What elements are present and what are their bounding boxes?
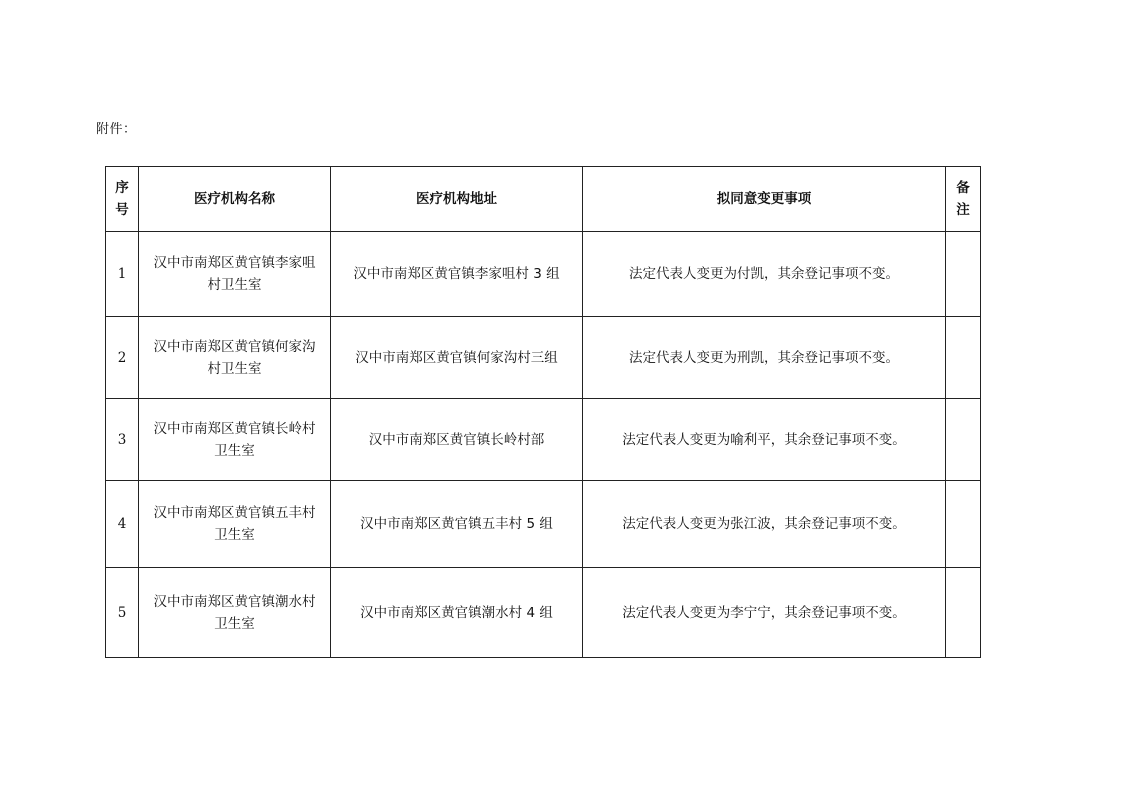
cell-proposed-change: 法定代表人变更为张江波，其余登记事项不变。 xyxy=(583,481,946,568)
change-items-table: 序 号 医疗机构名称 医疗机构地址 拟同意变更事项 备 注 1 汉中市南郑区黄官… xyxy=(105,166,981,658)
table-row: 4 汉中市南郑区黄官镇五丰村 卫生室 汉中市南郑区黄官镇五丰村 5 组 法定代表… xyxy=(106,481,981,568)
header-institution-address: 医疗机构地址 xyxy=(331,167,583,232)
cell-institution-address: 汉中市南郑区黄官镇潮水村 4 组 xyxy=(331,568,583,658)
cell-institution-name: 汉中市南郑区黄官镇五丰村 卫生室 xyxy=(139,481,331,568)
cell-institution-name: 汉中市南郑区黄官镇李家咀 村卫生室 xyxy=(139,232,331,317)
cell-institution-address: 汉中市南郑区黄官镇李家咀村 3 组 xyxy=(331,232,583,317)
cell-institution-name: 汉中市南郑区黄官镇潮水村 卫生室 xyxy=(139,568,331,658)
header-remark: 备 注 xyxy=(946,167,981,232)
cell-institution-name: 汉中市南郑区黄官镇长岭村 卫生室 xyxy=(139,399,331,481)
cell-proposed-change: 法定代表人变更为刑凯，其余登记事项不变。 xyxy=(583,317,946,399)
cell-seq: 4 xyxy=(106,481,139,568)
header-proposed-change: 拟同意变更事项 xyxy=(583,167,946,232)
cell-institution-name: 汉中市南郑区黄官镇何家沟 村卫生室 xyxy=(139,317,331,399)
header-institution-name: 医疗机构名称 xyxy=(139,167,331,232)
table-row: 1 汉中市南郑区黄官镇李家咀 村卫生室 汉中市南郑区黄官镇李家咀村 3 组 法定… xyxy=(106,232,981,317)
cell-seq: 2 xyxy=(106,317,139,399)
cell-remark xyxy=(946,317,981,399)
cell-proposed-change: 法定代表人变更为李宁宁，其余登记事项不变。 xyxy=(583,568,946,658)
cell-remark xyxy=(946,232,981,317)
header-seq: 序 号 xyxy=(106,167,139,232)
cell-proposed-change: 法定代表人变更为喻利平，其余登记事项不变。 xyxy=(583,399,946,481)
cell-seq: 5 xyxy=(106,568,139,658)
table-header-row: 序 号 医疗机构名称 医疗机构地址 拟同意变更事项 备 注 xyxy=(106,167,981,232)
cell-institution-address: 汉中市南郑区黄官镇五丰村 5 组 xyxy=(331,481,583,568)
cell-institution-address: 汉中市南郑区黄官镇长岭村部 xyxy=(331,399,583,481)
cell-remark xyxy=(946,481,981,568)
cell-proposed-change: 法定代表人变更为付凯，其余登记事项不变。 xyxy=(583,232,946,317)
table-row: 5 汉中市南郑区黄官镇潮水村 卫生室 汉中市南郑区黄官镇潮水村 4 组 法定代表… xyxy=(106,568,981,658)
cell-remark xyxy=(946,399,981,481)
attachment-label: 附件： xyxy=(96,121,137,139)
table-row: 3 汉中市南郑区黄官镇长岭村 卫生室 汉中市南郑区黄官镇长岭村部 法定代表人变更… xyxy=(106,399,981,481)
cell-institution-address: 汉中市南郑区黄官镇何家沟村三组 xyxy=(331,317,583,399)
cell-remark xyxy=(946,568,981,658)
table-row: 2 汉中市南郑区黄官镇何家沟 村卫生室 汉中市南郑区黄官镇何家沟村三组 法定代表… xyxy=(106,317,981,399)
cell-seq: 3 xyxy=(106,399,139,481)
cell-seq: 1 xyxy=(106,232,139,317)
